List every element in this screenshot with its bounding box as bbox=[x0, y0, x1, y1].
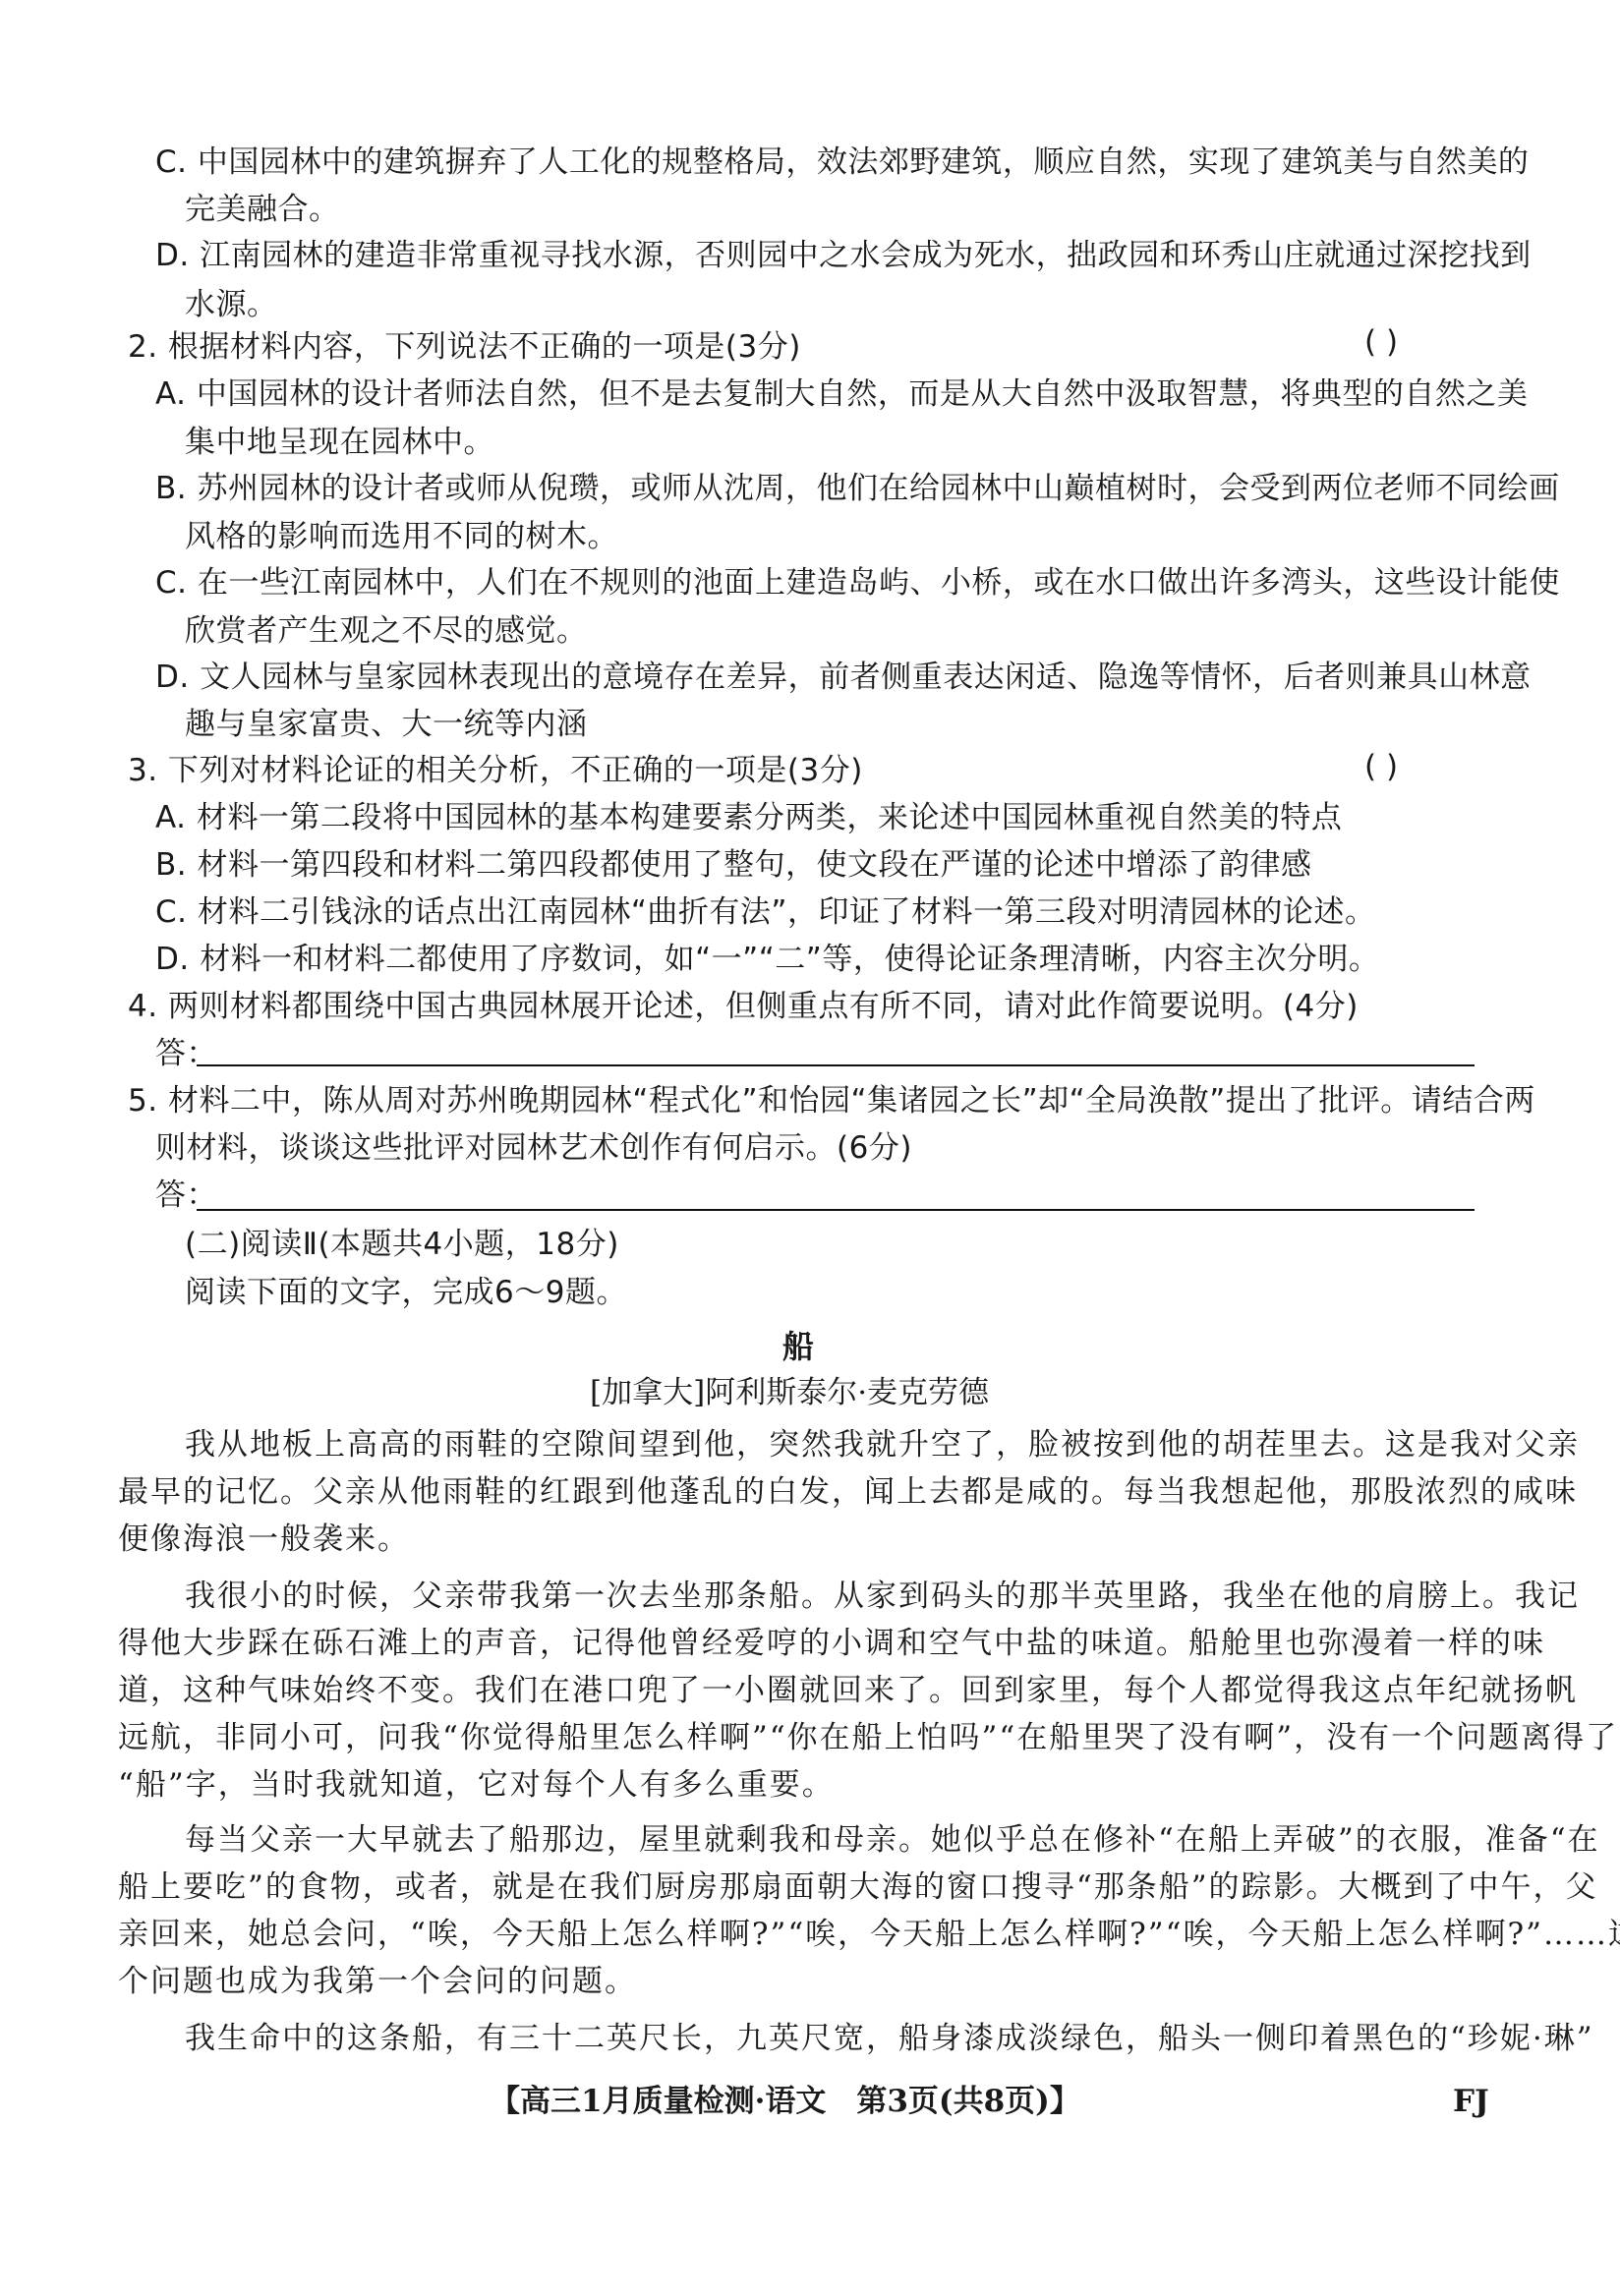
q5-line1: 5. 材料二中，陈从周对苏州晚期园林“程式化”和怡园“集诸园之长”却“全局涣散”… bbox=[128, 1081, 1535, 1120]
q2-option-a-line2: 集中地呈现在园林中。 bbox=[185, 423, 494, 462]
q5-answer-line[interactable] bbox=[197, 1209, 1475, 1211]
story-p4-line1: 我生命中的这条船，有三十二英尺长，九英尺宽，船身漆成淡绿色，船头一侧印着黑色的“… bbox=[185, 2019, 1594, 2058]
section2-instruction: 阅读下面的文字，完成6～9题。 bbox=[185, 1273, 627, 1312]
story-p1-line2: 最早的记忆。父亲从他雨鞋的红跟到他蓬乱的白发，闻上去都是咸的。每当我想起他，那股… bbox=[118, 1472, 1578, 1512]
story-p2-line4: 远航，非同小可，问我“你觉得船里怎么样啊”“你在船上怕吗”“在船里哭了没有啊”，… bbox=[118, 1718, 1618, 1757]
story-p2-line3: 道，这种气味始终不变。我们在港口兜了一小圈就回来了。回到家里，每个人都觉得我这点… bbox=[118, 1671, 1578, 1710]
q5-line2: 则材料，谈谈这些批评对园林艺术创作有何启示。(6分) bbox=[155, 1128, 912, 1168]
q2-option-a-line1: A. 中国园林的设计者师法自然，但不是去复制大自然，而是从大自然中汲取智慧，将典… bbox=[155, 374, 1528, 414]
q1-option-c-line2: 完美融合。 bbox=[185, 190, 340, 229]
page-footer: 【高三1月质量检测·语文 第3页(共8页)】 bbox=[490, 2082, 1080, 2121]
q2-option-c-line2: 欣赏者产生观之不尽的感觉。 bbox=[185, 611, 588, 651]
q3-answer-paren[interactable]: ( ) bbox=[1364, 747, 1398, 786]
story-author: [加拿大]阿利斯泰尔·麦克劳德 bbox=[590, 1373, 989, 1412]
q2-stem: 2. 根据材料内容，下列说法不正确的一项是(3分) bbox=[128, 327, 801, 367]
q3-option-a: A. 材料一第二段将中国园林的基本构建要素分两类，来论述中国园林重视自然美的特点 bbox=[155, 798, 1342, 837]
q3-option-d: D. 材料一和材料二都使用了序数词，如“一”“二”等，使得论证条理清晰，内容主次… bbox=[155, 940, 1379, 979]
story-p3-line4: 个问题也成为我第一个会问的问题。 bbox=[118, 1962, 637, 2001]
story-p2-line2: 得他大步踩在砾石滩上的声音，记得他曾经爱哼的小调和空气中盐的味道。船舱里也弥漫着… bbox=[118, 1624, 1545, 1663]
q2-option-b-line1: B. 苏州园林的设计者或师从倪瓒，或师从沈周，他们在给园林中山巅植树时，会受到两… bbox=[155, 469, 1559, 508]
q2-option-d-line1: D. 文人园林与皇家园林表现出的意境存在差异，前者侧重表达闲适、隐逸等情怀，后者… bbox=[155, 658, 1532, 697]
q2-option-b-line2: 风格的影响而选用不同的树木。 bbox=[185, 517, 618, 556]
q2-option-c-line1: C. 在一些江南园林中，人们在不规则的池面上建造岛屿、小桥，或在水口做出许多湾头… bbox=[155, 563, 1560, 603]
q1-option-d-line1: D. 江南园林的建造非常重视寻找水源，否则园中之水会成为死水，拙政园和环秀山庄就… bbox=[155, 236, 1532, 275]
q2-option-d-line2: 趣与皇家富贵、大一统等内涵 bbox=[185, 705, 588, 744]
q3-option-c: C. 材料二引钱泳的话点出江南园林“曲折有法”，印证了材料一第三段对明清园林的论… bbox=[155, 892, 1375, 932]
q3-option-b: B. 材料一第四段和材料二第四段都使用了整句，使文段在严谨的论述中增添了韵律感 bbox=[155, 845, 1311, 885]
q1-option-c-line1: C. 中国园林中的建筑摒弃了人工化的规整格局，效法郊野建筑，顺应自然，实现了建筑… bbox=[155, 143, 1529, 182]
section2-heading: (二)阅读Ⅱ(本题共4小题，18分) bbox=[185, 1225, 619, 1264]
q4-answer-line[interactable] bbox=[197, 1064, 1475, 1066]
story-p3-line2: 船上要吃”的食物，或者，就是在我们厨房那扇面朝大海的窗口搜寻“那条船”的踪影。大… bbox=[118, 1867, 1598, 1907]
story-p1-line3: 便像海浪一般袭来。 bbox=[118, 1520, 410, 1559]
q4-stem: 4. 两则材料都围绕中国古典园林展开论述，但侧重点有所不同，请对此作简要说明。(… bbox=[128, 987, 1359, 1026]
q4-answer-label: 答： bbox=[155, 1034, 217, 1073]
q2-answer-paren[interactable]: ( ) bbox=[1364, 322, 1398, 362]
story-p2-line5: “船”字，当时我就知道，它对每个人有多么重要。 bbox=[118, 1765, 835, 1805]
q3-stem: 3. 下列对材料论证的相关分析，不正确的一项是(3分) bbox=[128, 751, 863, 790]
story-p2-line1: 我很小的时候，父亲带我第一次去坐那条船。从家到码头的那半英里路，我坐在他的肩膀上… bbox=[185, 1577, 1580, 1616]
story-p3-line3: 亲回来，她总会问，“唉，今天船上怎么样啊?”“唉，今天船上怎么样啊?”“唉，今天… bbox=[118, 1915, 1620, 1954]
story-p3-line1: 每当父亲一大早就去了船那边，屋里就剩我和母亲。她似乎总在修补“在船上弄破”的衣服… bbox=[185, 1820, 1600, 1860]
page-footer-code: FJ bbox=[1453, 2082, 1489, 2121]
q1-option-d-line2: 水源。 bbox=[185, 285, 278, 324]
story-p1-line1: 我从地板上高高的雨鞋的空隙间望到他，突然我就升空了，脸被按到他的胡茬里去。这是我… bbox=[185, 1425, 1580, 1464]
story-title: 船 bbox=[782, 1327, 814, 1366]
